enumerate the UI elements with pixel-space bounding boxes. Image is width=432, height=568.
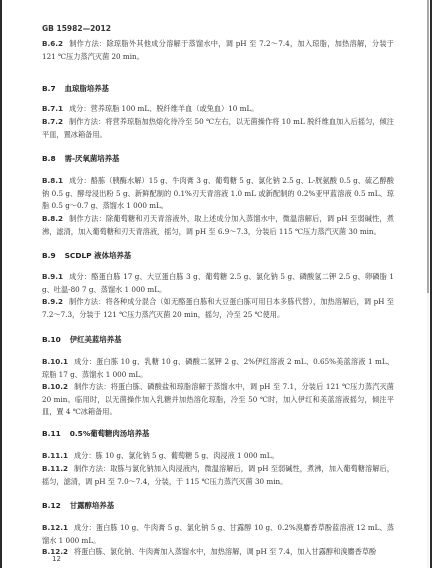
paragraph-b12-1: B.12.1成分：蛋白胨 10 g、牛肉膏 5 g、氯化钠 5 g、甘露醇 10… [42,522,394,547]
section-heading-b11: B.110.5%葡萄糖肉汤培养基 [42,428,149,439]
paragraph-b7-2: B.7.2制作方法：将营养琼脂加热熔化待冷至 50 ℃左右，以无菌操作将 10 … [42,116,394,141]
section-heading-b7: B.7血琼脂培养基 [42,83,109,94]
paragraph-b8-1: B.8.1成分：酪胨（胰酶水解）15 g、牛肉膏 3 g、葡萄糖 5 g、氯化钠… [42,175,394,213]
section-heading-b9: B.9SCDLP 液体培养基 [42,250,131,261]
section-heading-b12: B.12甘露醇培养基 [42,500,114,511]
clause-text: 制作方法：除琼脂外其他成分溶解于蒸馏水中，调 pH 至 7.2～7.4，加入琼脂… [42,39,394,61]
paragraph-b7-1: B.7.1成分：营养琼脂 100 mL、脱纤维羊血（或兔血）10 mL。 [42,103,394,116]
window-border-left [0,0,2,568]
paragraph-b10-2: B.10.2制作方法：将蛋白胨、磷酸盐和琼脂溶解于蒸馏水中，调 pH 至 7.1… [42,381,394,419]
section-heading-b8: B.8需-厌氧菌培养基 [42,153,119,164]
paragraph-b11-1: B.11.1成分：胨 10 g、氯化钠 5 g、葡萄糖 5 g、肉浸液 1 00… [42,450,394,463]
paragraph-b6-2: B.6.2制作方法：除琼脂外其他成分溶解于蒸馏水中，调 pH 至 7.2～7.4… [42,38,394,63]
paragraph-b10-1: B.10.1成分：蛋白胨 10 g、乳糖 10 g、磷酸二氢钾 2 g、2%伊红… [42,356,394,381]
paragraph-b8-2: B.8.2制作方法：除葡萄糖和刃天青溶液外，取上述成分加入蒸馏水中，微温溶解后，… [42,213,394,238]
paragraph-b11-2: B.11.2制作方法：取胨与氯化钠加入肉浸液内，微温溶解后，调 pH 至弱碱性，… [42,463,394,488]
section-heading-b10: B.10伊红美蓝培养基 [42,334,121,345]
paragraph-b9-2: B.9.2制作方法：将各种成分混合（如无酪蛋白胨和大豆蛋白胨可用日本多胨代替），… [42,296,394,321]
paragraph-b12-2: B.12.2将蛋白胨、氯化钠、牛肉膏加入蒸馏水中，加热溶解，调 pH 至 7.4… [42,546,394,559]
clause-number: B.6.2 [42,39,63,48]
document-page: GB 15982—2012 B.6.2制作方法：除琼脂外其他成分溶解于蒸馏水中，… [42,0,394,568]
page-number: 12 [52,555,61,563]
paragraph-b9-1: B.9.1成分：酪蛋白胨 17 g、大豆蛋白胨 3 g、葡萄糖 2.5 g、氯化… [42,271,394,296]
document-header: GB 15982—2012 [42,24,111,33]
scrollbar-thumb[interactable] [427,0,429,293]
